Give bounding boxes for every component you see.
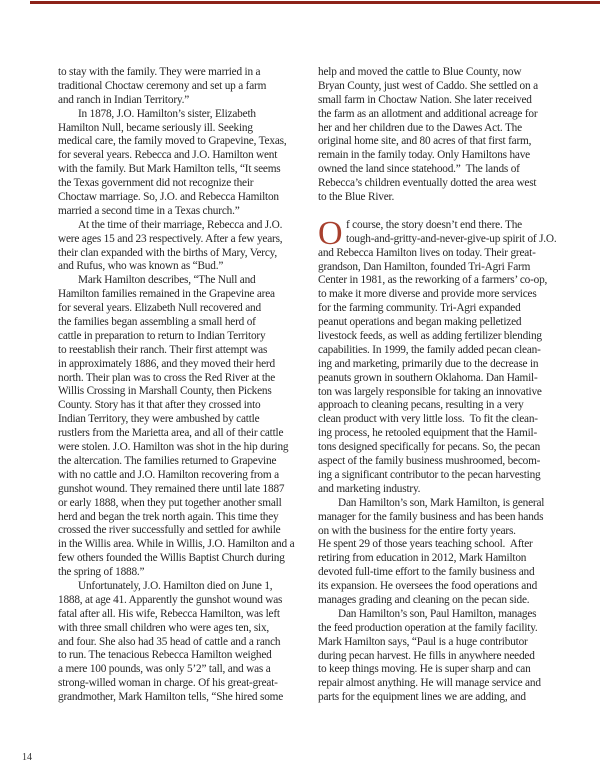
text-line: livestock feeds, as well as adding ferti… bbox=[318, 330, 568, 344]
text-line: were ages 15 and 23 respectively. After … bbox=[58, 233, 306, 247]
paragraph: Unfortunately, J.O. Hamilton died on Jun… bbox=[58, 580, 306, 705]
text-line: f course, the story doesn’t end there. T… bbox=[318, 219, 568, 233]
text-line: Dan Hamilton’s son, Mark Hamilton, is ge… bbox=[318, 497, 568, 511]
text-column-right: help and moved the cattle to Blue County… bbox=[318, 66, 568, 705]
text-line: on with the business for the entire fort… bbox=[318, 525, 568, 539]
text-line: Choctaw marriage. So, J.O. and Rebecca H… bbox=[58, 191, 306, 205]
text-line: retiring from education in 2012, Mark Ha… bbox=[318, 552, 568, 566]
text-line: Mark Hamilton describes, “The Null and bbox=[58, 274, 306, 288]
text-line: County. Story has it that after they cro… bbox=[58, 399, 306, 413]
text-line: crossed the river successfully and settl… bbox=[58, 524, 306, 538]
text-line: to stay with the family. They were marri… bbox=[58, 66, 306, 80]
text-column-left: to stay with the family. They were marri… bbox=[58, 66, 306, 705]
top-rule bbox=[30, 1, 600, 4]
text-line: In 1878, J.O. Hamilton’s sister, Elizabe… bbox=[58, 108, 306, 122]
text-line: He spent 29 of those years teaching scho… bbox=[318, 538, 568, 552]
text-line: the Texas government did not recognize t… bbox=[58, 177, 306, 191]
text-line: to run. The tenacious Rebecca Hamilton w… bbox=[58, 649, 306, 663]
text-line: ton was largely responsible for taking a… bbox=[318, 386, 568, 400]
text-line: manager for the family business and has … bbox=[318, 511, 568, 525]
text-line: their clan expanded with the births of M… bbox=[58, 247, 306, 261]
text-line: aspect of the family business mushroomed… bbox=[318, 455, 568, 469]
text-line: the spring of 1888.” bbox=[58, 566, 306, 580]
text-line: with no cattle and J.O. Hamilton recover… bbox=[58, 469, 306, 483]
text-line: medical care, the family moved to Grapev… bbox=[58, 135, 306, 149]
text-line: repair almost anything. He will manage s… bbox=[318, 677, 568, 691]
text-line: ing a significant contributor to the pec… bbox=[318, 469, 568, 483]
text-line: and Rufus, who was known as “Bud.” bbox=[58, 260, 306, 274]
text-line: Mark Hamilton says, “Paul is a huge cont… bbox=[318, 636, 568, 650]
text-line: tough-and-gritty-and-never-give-up spiri… bbox=[318, 233, 568, 247]
text-line: ing process, he retooled equipment that … bbox=[318, 427, 568, 441]
magazine-page: { "page": { "number": "14", "top_rule_co… bbox=[0, 0, 600, 776]
drop-cap-letter: O bbox=[318, 220, 342, 247]
text-line: and marketing industry. bbox=[318, 483, 568, 497]
paragraph: Dan Hamilton’s son, Paul Hamilton, manag… bbox=[318, 608, 568, 705]
text-line: small farm in Choctaw Nation. She later … bbox=[318, 94, 568, 108]
text-line: strong-willed woman in charge. Of his gr… bbox=[58, 677, 306, 691]
text-line: with the family. But Mark Hamilton tells… bbox=[58, 163, 306, 177]
text-line: ing and marketing, primarily due to the … bbox=[318, 358, 568, 372]
text-line: help and moved the cattle to Blue County… bbox=[318, 66, 568, 80]
text-line: peanuts grown in southern Oklahoma. Dan … bbox=[318, 372, 568, 386]
text-line: her and her children due to the Dawes Ac… bbox=[318, 122, 568, 136]
text-line: married a second time in a Texas church.… bbox=[58, 205, 306, 219]
page-number: 14 bbox=[22, 752, 32, 763]
text-line: Dan Hamilton’s son, Paul Hamilton, manag… bbox=[318, 608, 568, 622]
text-line: and four. She also had 35 head of cattle… bbox=[58, 636, 306, 650]
text-line: to make it more diverse and provide more… bbox=[318, 288, 568, 302]
text-line: or early 1888, when they put together an… bbox=[58, 497, 306, 511]
text-line: tons designed specifically for pecans. S… bbox=[318, 441, 568, 455]
text-line: in the Willis area. While in Willis, J.O… bbox=[58, 538, 306, 552]
text-line: parts for the equipment lines we are add… bbox=[318, 691, 568, 705]
text-line: fatal after all. His wife, Rebecca Hamil… bbox=[58, 608, 306, 622]
text-line: few others founded the Willis Baptist Ch… bbox=[58, 552, 306, 566]
text-line: approach to cleaning pecans, resulting i… bbox=[318, 399, 568, 413]
text-line: for the farming community. Tri-Agri expa… bbox=[318, 302, 568, 316]
text-line: Hamilton Null, became seriously ill. See… bbox=[58, 122, 306, 136]
text-line: were stolen. J.O. Hamilton was shot in t… bbox=[58, 441, 306, 455]
text-line: Hamilton families remained in the Grapev… bbox=[58, 288, 306, 302]
paragraph: Of course, the story doesn’t end there. … bbox=[318, 219, 568, 497]
text-line: Unfortunately, J.O. Hamilton died on Jun… bbox=[58, 580, 306, 594]
text-line: grandmother, Mark Hamilton tells, “She h… bbox=[58, 691, 306, 705]
text-line: original home site, and 80 acres of that… bbox=[318, 135, 568, 149]
text-line: At the time of their marriage, Rebecca a… bbox=[58, 219, 306, 233]
text-line: herd and began the trek north again. Thi… bbox=[58, 511, 306, 525]
text-line: cattle in preparation to return to India… bbox=[58, 330, 306, 344]
text-line: its expansion. He oversees the food oper… bbox=[318, 580, 568, 594]
text-line: Bryan County, just west of Caddo. She se… bbox=[318, 80, 568, 94]
text-line: remain in the family today. Only Hamilto… bbox=[318, 149, 568, 163]
text-line: Center in 1981, as the reworking of a fa… bbox=[318, 274, 568, 288]
text-line: and Rebecca Hamilton lives on today. The… bbox=[318, 247, 568, 261]
text-line: north. Their plan was to cross the Red R… bbox=[58, 372, 306, 386]
paragraph: Mark Hamilton describes, “The Null andHa… bbox=[58, 274, 306, 580]
text-line: capabilities. In 1999, the family added … bbox=[318, 344, 568, 358]
text-line: the altercation. The families returned t… bbox=[58, 455, 306, 469]
text-line: traditional Choctaw ceremony and set up … bbox=[58, 80, 306, 94]
text-line: Indian Territory, they were ambushed by … bbox=[58, 413, 306, 427]
text-line: for several years. Elizabeth Null recove… bbox=[58, 302, 306, 316]
text-line: for several years. Rebecca and J.O. Hami… bbox=[58, 149, 306, 163]
text-line: Willis Crossing in Marshall County, then… bbox=[58, 385, 306, 399]
text-line: rustlers from the Marietta area, and all… bbox=[58, 427, 306, 441]
text-line: a mere 100 pounds, was only 5’2” tall, a… bbox=[58, 663, 306, 677]
text-line: the farm as an allotment and additional … bbox=[318, 108, 568, 122]
text-line: to keep things moving. He is super sharp… bbox=[318, 663, 568, 677]
text-line: to reestablish their ranch. Their first … bbox=[58, 344, 306, 358]
text-line: peanut operations and began making pelle… bbox=[318, 316, 568, 330]
text-line: 1888, at age 41. Apparently the gunshot … bbox=[58, 594, 306, 608]
text-line: and ranch in Indian Territory.” bbox=[58, 94, 306, 108]
text-line: during pecan harvest. He fills in anywhe… bbox=[318, 650, 568, 664]
text-line: clean product with very little loss. To … bbox=[318, 413, 568, 427]
text-line: owned the land since statehood.” The lan… bbox=[318, 163, 568, 177]
text-line: the feed production operation at the fam… bbox=[318, 622, 568, 636]
text-line: gunshot wound. They remained there until… bbox=[58, 483, 306, 497]
text-line: devoted full-time effort to the family b… bbox=[318, 566, 568, 580]
paragraph: At the time of their marriage, Rebecca a… bbox=[58, 219, 306, 275]
text-line: in approximately 1886, and they moved th… bbox=[58, 358, 306, 372]
text-line: with three small children who were ages … bbox=[58, 622, 306, 636]
paragraph: help and moved the cattle to Blue County… bbox=[318, 66, 568, 205]
paragraph: Dan Hamilton’s son, Mark Hamilton, is ge… bbox=[318, 497, 568, 608]
text-line: grandson, Dan Hamilton, founded Tri-Agri… bbox=[318, 261, 568, 275]
paragraph: to stay with the family. They were marri… bbox=[58, 66, 306, 108]
text-line: the families began assembling a small he… bbox=[58, 316, 306, 330]
text-line: manages grading and cleaning on the peca… bbox=[318, 594, 568, 608]
text-line: Rebecca’s children eventually dotted the… bbox=[318, 177, 568, 191]
paragraph: In 1878, J.O. Hamilton’s sister, Elizabe… bbox=[58, 108, 306, 219]
text-line: to the Blue River. bbox=[318, 191, 568, 205]
